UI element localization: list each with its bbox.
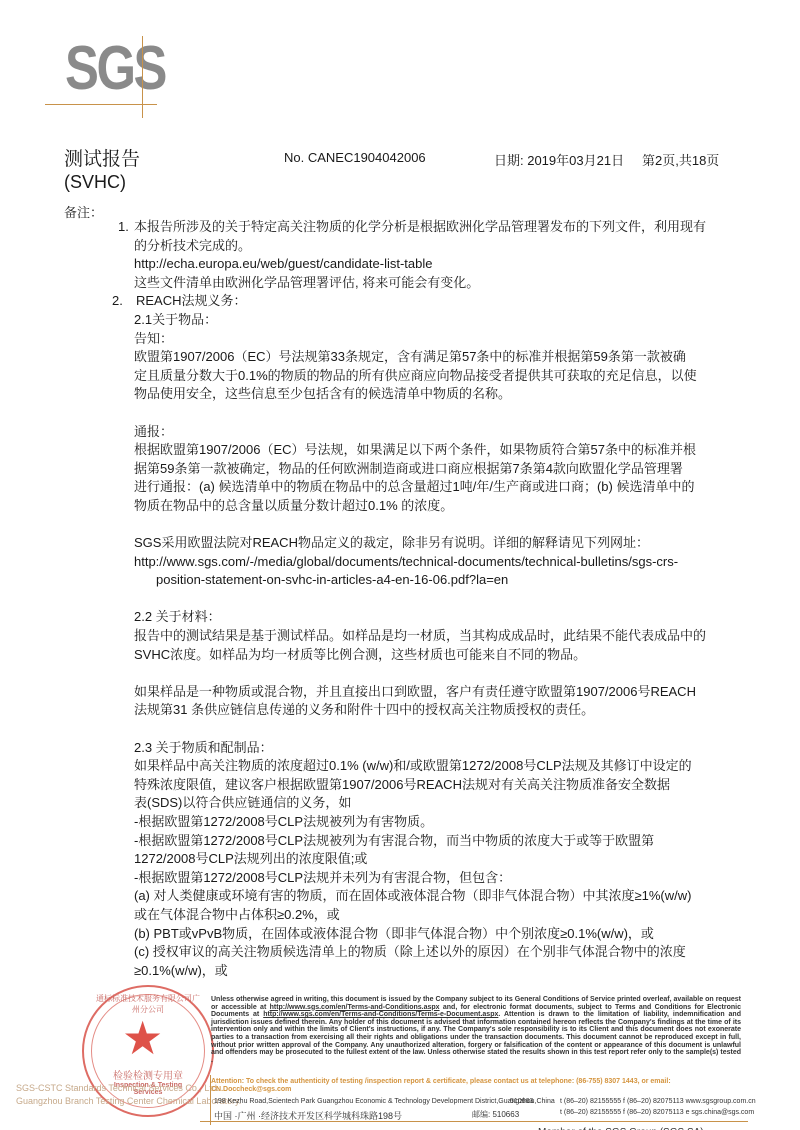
body-line: -根据欧盟第1272/2008号CLP法规并未列为有害混合物，但包含： [134, 869, 768, 888]
section-title: 2.3 关于物质和配制品： [134, 739, 768, 758]
contact-en: t (86–20) 82155555 f (86–20) 82075113 ww… [560, 1098, 756, 1105]
section-2-content: 2.1关于物品： 告知： 欧盟第1907/2006（EC）号法规第33条规定，含… [118, 311, 768, 980]
postcode-cn: 邮编: 510663 [472, 1109, 519, 1120]
note-text: 本报告所涉及的关于特定高关注物质的化学分析是根据欧洲化学品管理署发布的下列文件，… [134, 218, 706, 237]
lab-name: SGS-CSTC Standards Technical Services Co… [16, 1083, 219, 1093]
note-heading: REACH法规义务： [136, 292, 247, 311]
body-line: (a) 对人类健康或环境有害的物质，而在固体或液体混合物（即非气体混合物）中其浓… [134, 887, 768, 906]
subsection-label: 告知： [134, 330, 768, 349]
note-number: 2. [112, 292, 136, 311]
authenticity-attention: Attention: To check the authenticity of … [211, 1078, 751, 1093]
lab-branch: Guangzhou Branch Testing Center Chemical… [16, 1096, 241, 1106]
body-line: -根据欧盟第1272/2008号CLP法规被列为有害混合物，而当中物质的浓度大于… [134, 832, 768, 851]
body-line: 特殊浓度限值，建议客户根据欧盟第1907/2006号REACH法规对有关高关注物… [134, 776, 768, 795]
logo-vertical-line [142, 36, 143, 118]
body-line: 表(SDS)以符合供应链通信的义务，如 [134, 794, 768, 813]
notes-body: 1. 本报告所涉及的关于特定高关注物质的化学分析是根据欧洲化学品管理署发布的下列… [118, 218, 768, 980]
remark-label: 备注： [64, 202, 103, 221]
report-number: No. CANEC1904042006 [284, 150, 426, 165]
terms-disclaimer: Unless otherwise agreed in writing, this… [211, 996, 741, 1064]
body-line: 欧盟第1907/2006（EC）号法规第33条规定，含有满足第57条中的标准并根… [134, 348, 768, 367]
body-line: 根据欧盟第1907/2006（EC）号法规，如果满足以下两个条件，如果物质符合第… [134, 441, 768, 460]
terms-text: . Attention is drawn to the limitation o… [211, 1011, 741, 1064]
note-text: 的分析技术完成的。 [134, 237, 706, 256]
sgs-logo-text: SGS [65, 38, 165, 100]
body-line: 如果样品是一种物质或混合物，并且直接出口到欧盟，客户有责任遵守欧盟第1907/2… [134, 683, 768, 702]
note-text: 这些文件清单由欧洲化学品管理署评估, 将来可能会有变化。 [134, 274, 706, 293]
stamp-cn-text: 检验检测专用章 [110, 1067, 186, 1082]
note-1: 1. 本报告所涉及的关于特定高关注物质的化学分析是根据欧洲化学品管理署发布的下列… [118, 218, 768, 292]
body-line: 进行通报：(a) 候选清单中的物质在物品中的总含量超过1吨/年/生产商或进口商；… [134, 478, 768, 497]
sgs-logo: SGS [45, 36, 160, 118]
body-line: 报告中的测试结果是基于测试样品。如样品是均一材质，当其构成成品时，此结果不能代表… [134, 627, 768, 646]
page-indicator: 第2页,共18页 [642, 150, 719, 169]
body-line: 据第59条第一款被确定，物品的任何欧洲制造商或进口商应根据第7条第4款向欧盟化学… [134, 460, 768, 479]
body-line: 或在气体混合物中占体积≥0.2%，或 [134, 906, 768, 925]
echa-link[interactable]: http://echa.europa.eu/web/guest/candidat… [134, 255, 706, 274]
body-line: 1272/2008号CLP法规列出的浓度限值;或 [134, 850, 768, 869]
report-header: 测试报告 No. CANEC1904042006 日期: 2019年03月21日… [64, 146, 760, 176]
body-line: -根据欧盟第1272/2008号CLP法规被列为有害物质。 [134, 813, 768, 832]
report-date: 日期: 2019年03月21日 [494, 150, 624, 169]
body-line: 物质在物品中的总含量以质量分数计超过0.1% 的浓度。 [134, 497, 768, 516]
note-number: 1. [118, 218, 134, 292]
body-line: 法规第31 条供应链信息传递的义务和附件十四中的授权高关注物质授权的责任。 [134, 701, 768, 720]
section-title: 2.2 关于材料： [134, 608, 768, 627]
note-2: 2. REACH法规义务： [112, 292, 768, 311]
report-title: 测试报告 [64, 144, 140, 171]
body-line: 如果样品中高关注物质的浓度超过0.1% (w/w)和/或欧盟第1272/2008… [134, 757, 768, 776]
terms-link[interactable]: http://www.sgs.com/en/Terms-and-Conditio… [270, 1004, 440, 1011]
body-line: 物品使用安全，这些信息至少包括含有的候选清单中物质的名称。 [134, 385, 768, 404]
body-line: SGS采用欧盟法院对REACH物品定义的裁定，除非另有说明。详细的解释请见下列网… [134, 534, 768, 553]
address-divider-vertical [210, 1075, 211, 1125]
body-line: (b) PBT或vPvB物质，在固体或液体混合物（即非气体混合物）中个别浓度≥0… [134, 925, 768, 944]
contact-cn: t (86–20) 82155555 f (86–20) 82075113 e … [560, 1109, 754, 1116]
sgs-position-link[interactable]: http://www.sgs.com/-/media/global/docume… [134, 553, 768, 572]
report-subtitle: (SVHC) [64, 172, 126, 193]
star-icon: ★ [122, 1015, 163, 1061]
postcode-en: 510663 [510, 1098, 533, 1105]
logo-horizontal-line [45, 104, 157, 105]
section-title: 2.1关于物品： [134, 311, 768, 330]
body-line: 定且质量分数大于0.1%的物质的物品的所有供应商应向物品接受者提供其可获取的充足… [134, 367, 768, 386]
e-terms-link[interactable]: http://www.sgs.com/en/Terms-and-Conditio… [263, 1011, 498, 1018]
body-line: SVHC浓度。如样品为均一材质等比例合测，这些材质也可能来自不同的物品。 [134, 646, 768, 665]
subsection-label: 通报： [134, 423, 768, 442]
page-footer: 通标标准技术服务有限公司广州分公司 ★ 检验检测专用章 Inspection &… [0, 975, 800, 1130]
body-line: (c) 授权审议的高关注物质候选清单上的物质（除上述以外的原因）在个别非气体混合… [134, 943, 768, 962]
sgs-position-link-cont[interactable]: position-statement-on-svhc-in-articles-a… [134, 571, 768, 590]
address-cn: 中国 ·广州 ·经济技术开发区科学城科珠路198号 [214, 1109, 402, 1122]
address-en: 198 Kezhu Road,Scientech Park Guangzhou … [214, 1098, 555, 1105]
